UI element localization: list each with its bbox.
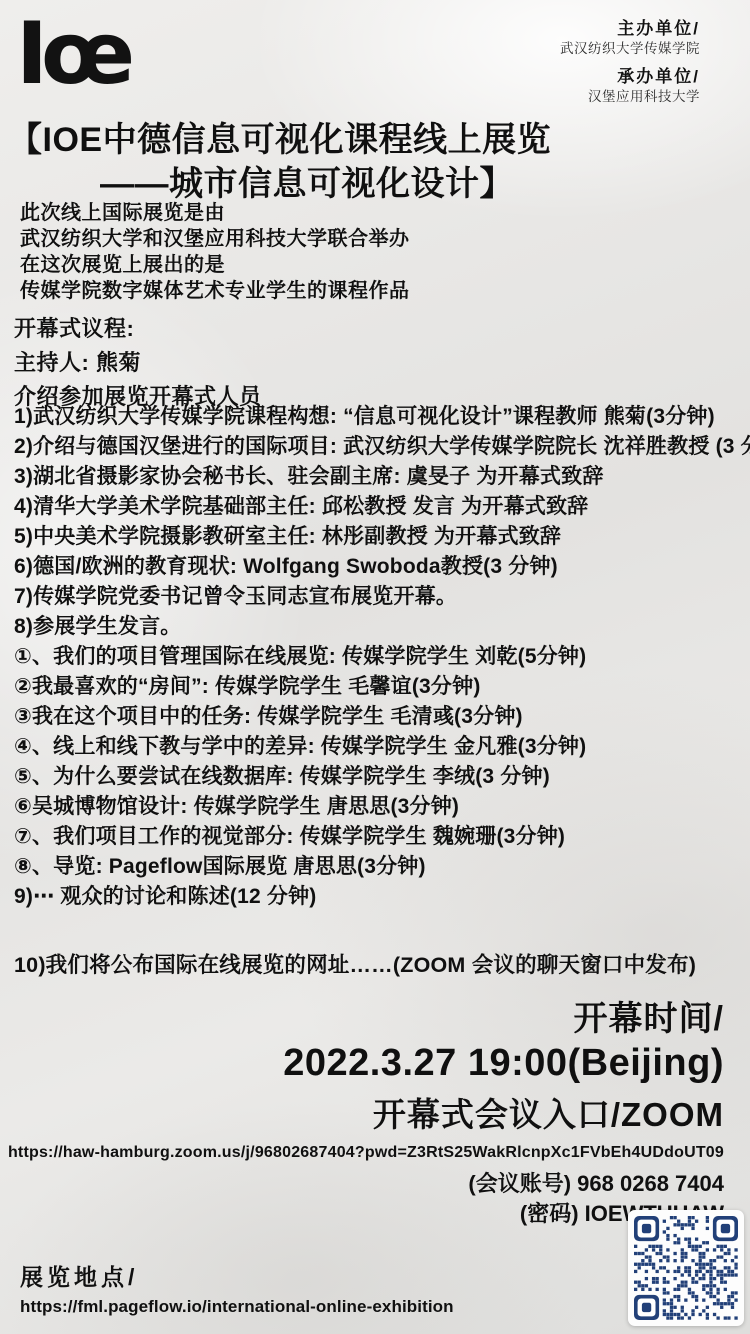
exhibition-qr-code [634, 1216, 738, 1320]
organizer-name: 武汉纺织大学传媒学院 [560, 42, 700, 56]
agenda-subitem: ①、我们的项目管理国际在线展览: 传媒学院学生 刘乾(5分钟) [14, 642, 750, 672]
opening-time-label: 开幕时间/ [8, 1002, 724, 1036]
location-label: 展览地点/ [20, 1266, 454, 1289]
poster-title: 【IOE中德信息可视化课程线上展览 ——城市信息可视化设计】 [8, 118, 551, 206]
organizer-label: 主办单位/ [560, 20, 700, 37]
organizer-block: 主办单位/ 武汉纺织大学传媒学院 承办单位/ 汉堡应用科技大学 [560, 20, 700, 103]
agenda-subitem: ⑦、我们项目工作的视觉部分: 传媒学院学生 魏婉珊(3分钟) [14, 822, 750, 852]
intro-line: 武汉纺织大学和汉堡应用科技大学联合举办 [20, 226, 410, 252]
agenda-item-10: 10)我们将公布国际在线展览的网址……(ZOOM 会议的聊天窗口中发布) [14, 948, 696, 979]
agenda-item: 8)参展学生发言。 [14, 612, 750, 642]
ioe-logo: Iœ [16, 8, 128, 100]
intro-paragraph: 此次线上国际展览是由 武汉纺织大学和汉堡应用科技大学联合举办 在这次展览上展出的… [20, 200, 410, 304]
opening-time-value: 2022.3.27 19:00(Beijing) [8, 1044, 724, 1082]
opening-info-block: 开幕时间/ 2022.3.27 19:00(Beijing) 开幕式会议入口/Z… [8, 1002, 724, 1225]
agenda-item: 1)武汉纺织大学传媒学院课程构想: “信息可视化设计”课程教师 熊菊(3分钟) [14, 402, 750, 432]
agenda-subitem: ④、线上和线下教与学中的差异: 传媒学院学生 金凡雅(3分钟) [14, 732, 750, 762]
zoom-meeting-link[interactable]: https://haw-hamburg.zoom.us/j/9680268740… [8, 1145, 724, 1161]
agenda-subitem: ⑤、为什么要尝试在线数据库: 传媒学院学生 李绒(3 分钟) [14, 762, 750, 792]
meeting-account: (会议账号) 968 0268 7404 [8, 1173, 724, 1195]
agenda-item: 5)中央美术学院摄影教研室主任: 林彤副教授 为开幕式致辞 [14, 522, 750, 552]
agenda-item: 4)清华大学美术学院基础部主任: 邱松教授 发言 为开幕式致辞 [14, 492, 750, 522]
zoom-entry-label: 开幕式会议入口/ZOOM [8, 1098, 724, 1131]
qr-code-card [628, 1210, 744, 1326]
agenda-heading: 开幕式议程: [14, 312, 262, 346]
agenda-subitem: ②我最喜欢的“房间”: 传媒学院学生 毛馨谊(3分钟) [14, 672, 750, 702]
intro-line: 此次线上国际展览是由 [20, 200, 410, 226]
agenda-item: 7)传媒学院党委书记曾令玉同志宣布展览开幕。 [14, 582, 750, 612]
intro-line: 在这次展览上展出的是 [20, 252, 410, 278]
agenda-item: 2)介绍与德国汉堡进行的国际项目: 武汉纺织大学传媒学院院长 沈祥胜教授 (3 … [14, 432, 750, 462]
poster-title-line1: 【IOE中德信息可视化课程线上展览 [8, 118, 551, 162]
co-organizer-name: 汉堡应用科技大学 [560, 90, 700, 104]
agenda-subitem: ③我在这个项目中的任务: 传媒学院学生 毛清彧(3分钟) [14, 702, 750, 732]
co-organizer-label: 承办单位/ [560, 68, 700, 85]
exhibition-location-block: 展览地点/ https://fml.pageflow.io/internatio… [20, 1266, 454, 1315]
exhibition-link[interactable]: https://fml.pageflow.io/international-on… [20, 1298, 454, 1315]
intro-line: 传媒学院数字媒体艺术专业学生的课程作品 [20, 278, 410, 304]
agenda-item: 9)⋯ 观众的讨论和陈述(12 分钟) [14, 882, 750, 912]
agenda-item: 3)湖北省摄影家协会秘书长、驻会副主席: 虞旻子 为开幕式致辞 [14, 462, 750, 492]
agenda-list: 1)武汉纺织大学传媒学院课程构想: “信息可视化设计”课程教师 熊菊(3分钟) … [14, 402, 750, 912]
agenda-item: 6)德国/欧洲的教育现状: Wolfgang Swoboda教授(3 分钟) [14, 552, 750, 582]
agenda-subitem: ⑥吴城博物馆设计: 传媒学院学生 唐思思(3分钟) [14, 792, 750, 822]
meeting-password: (密码) IOEWTUHAW [8, 1203, 724, 1225]
agenda-header: 开幕式议程: 主持人: 熊菊 介绍参加展览开幕式人员 [14, 312, 262, 414]
agenda-subitem: ⑧、导览: Pageflow国际展览 唐思思(3分钟) [14, 852, 750, 882]
agenda-host: 主持人: 熊菊 [14, 346, 262, 380]
